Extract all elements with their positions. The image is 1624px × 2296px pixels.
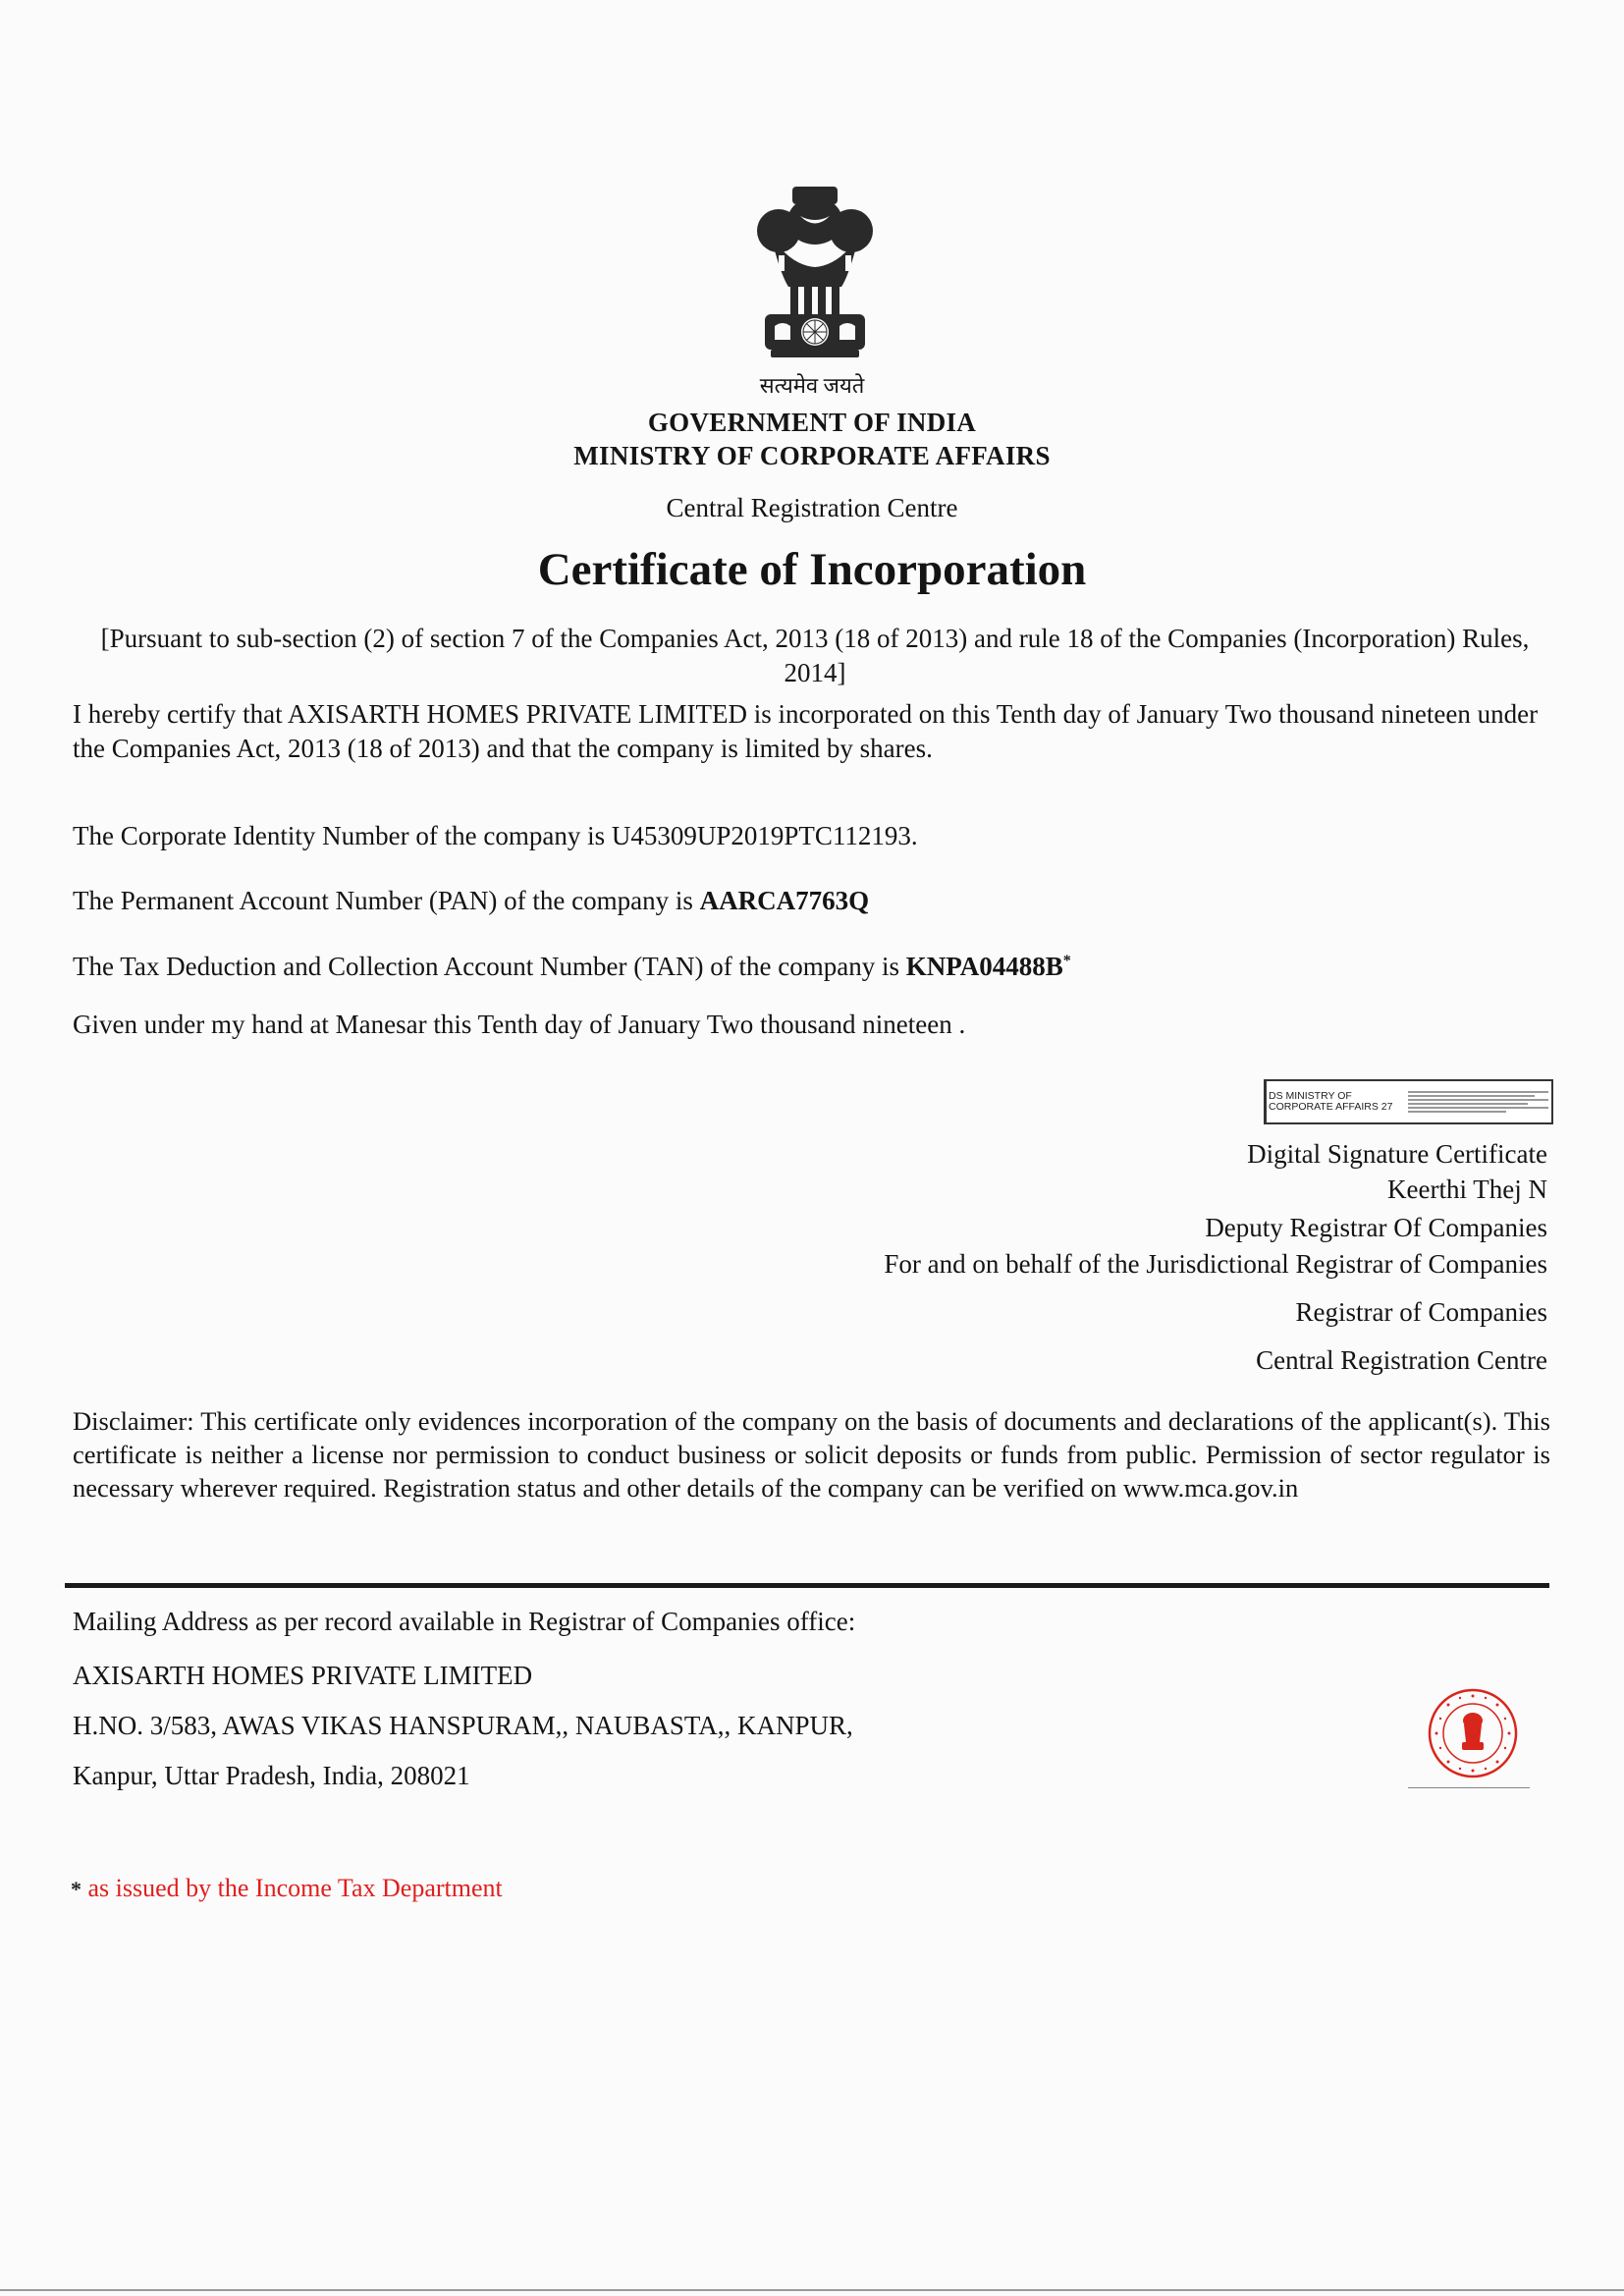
ds-stamp-fine-print — [1408, 1089, 1551, 1115]
mailing-address-line-1: H.NO. 3/583, AWAS VIKAS HANSPURAM,, NAUB… — [73, 1711, 853, 1741]
mailing-address-header: Mailing Address as per record available … — [73, 1607, 855, 1637]
government-heading: GOVERNMENT OF INDIA — [0, 408, 1624, 438]
footnote-text: as issued by the Income Tax Department — [81, 1874, 503, 1902]
emblem-motto: सत्यमेव जयते — [0, 370, 1624, 400]
disclaimer: Disclaimer: This certificate only eviden… — [73, 1404, 1550, 1504]
pan-label: The Permanent Account Number (PAN) of th… — [73, 886, 700, 915]
seal-signature-line — [1408, 1787, 1530, 1788]
tan-label: The Tax Deduction and Collection Account… — [73, 952, 906, 981]
signatory-centre: Central Registration Centre — [1256, 1345, 1547, 1376]
footnote: * as issued by the Income Tax Department — [71, 1874, 503, 1903]
cin-label: The Corporate Identity Number of the com… — [73, 821, 612, 850]
tan-footnote-mark: * — [1063, 953, 1071, 969]
page-edge — [0, 2289, 1624, 2291]
signatory-name: Keerthi Thej N — [1387, 1175, 1547, 1205]
given-under-hand: Given under my hand at Manesar this Tent… — [73, 1008, 965, 1042]
mailing-company-name: AXISARTH HOMES PRIVATE LIMITED — [73, 1661, 532, 1691]
cin-value: U45309UP2019PTC112193. — [612, 821, 918, 850]
certificate-title: Certificate of Incorporation — [0, 543, 1624, 596]
signatory-behalf: For and on behalf of the Jurisdictional … — [884, 1249, 1547, 1280]
signature-certificate-label: Digital Signature Certificate — [1247, 1139, 1547, 1170]
mailing-address-line-2: Kanpur, Uttar Pradesh, India, 208021 — [73, 1761, 470, 1791]
ministry-heading: MINISTRY OF CORPORATE AFFAIRS — [0, 441, 1624, 471]
digital-signature-stamp: DS MINISTRY OF CORPORATE AFFAIRS 27 — [1264, 1079, 1553, 1124]
tan-value: KNPA04488B — [906, 952, 1063, 981]
ds-stamp-line-2: CORPORATE AFFAIRS 27 — [1269, 1102, 1408, 1113]
section-divider — [65, 1583, 1549, 1588]
pan-value: AARCA7763Q — [700, 886, 870, 915]
pursuant-clause: [Pursuant to sub-section (2) of section … — [79, 622, 1551, 690]
certification-statement: I hereby certify that AXISARTH HOMES PRI… — [73, 697, 1565, 766]
cin-line: The Corporate Identity Number of the com… — [73, 819, 918, 853]
ds-stamp-label: DS MINISTRY OF CORPORATE AFFAIRS 27 — [1267, 1091, 1408, 1113]
ministry-seal-icon — [1427, 1687, 1519, 1779]
pan-line: The Permanent Account Number (PAN) of th… — [73, 884, 869, 918]
signatory-designation: Deputy Registrar Of Companies — [1205, 1213, 1547, 1243]
footnote-star: * — [71, 1877, 81, 1901]
tan-line: The Tax Deduction and Collection Account… — [73, 944, 1071, 984]
national-emblem-icon — [741, 177, 889, 373]
signatory-registrar: Registrar of Companies — [1296, 1297, 1547, 1328]
office-name: Central Registration Centre — [0, 493, 1624, 523]
